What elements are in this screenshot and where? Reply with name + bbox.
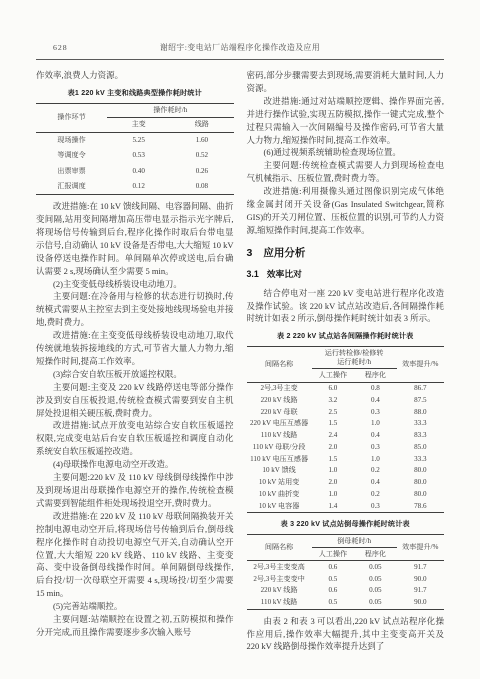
table-row: 10 kV 馈线 1.0 0.2 80.0 [247,465,445,477]
table-cell: 78.6 [397,500,444,512]
table-cell: 1.0 [312,489,354,501]
table-row: 220 kV 电压互感器 1.5 1.0 33.3 [247,418,445,430]
paragraph: (4)母联操作电源电动空开改造。 [36,458,234,471]
table-cell: 0.08 [170,179,233,195]
column-header: 线路 [170,118,233,132]
table-cell: 33.3 [397,453,444,465]
table-row: 220 kV 线路 3.2 0.4 87.5 [247,394,445,406]
table-cell: 110 kV 线路 [247,597,312,609]
table-cell: 0.6 [312,585,354,597]
table-cell: 0.3 [354,406,396,418]
table-cell: 0.4 [354,394,396,406]
table-cell: 2.5 [312,406,354,418]
table-cell: 80.0 [397,477,444,489]
paragraph: (6)通过视频系统辅助检查现场位置。 [247,146,445,159]
column-header: 间隔名称 [247,535,312,561]
table-cell: 等调度令 [36,148,107,163]
table-cell: 1.0 [354,418,396,430]
table-cell: 汇报调度 [36,179,107,195]
paragraph: 密码,部分步骤需要去到现场,需要消耗大量时间,人力资源。 [247,69,445,95]
column-header: 操作环节 [36,103,107,132]
group-header-line1: 运行转检修/检修转 [312,349,397,358]
table1-head: 操作环节 操作耗时/h 主变 线路 [36,103,234,132]
page-header: 628 谢绍宇:变电站厂站端程序化操作改造及应用 [36,42,444,54]
table-cell: 5.25 [107,132,170,148]
table-cell: 0.2 [354,489,396,501]
table-cell: 220 kV 线路 [247,585,312,597]
group-header-line2: 运行耗时/h [312,358,397,367]
table1-caption: 表1 220 kV 主变和线路典型操作耗时统计 [36,87,234,100]
table-cell: 90.0 [397,573,444,585]
table3-head: 间隔名称 倒母耗时/h 效率提升/% 人工操作 程序化 [247,535,445,561]
paragraph: 改进措施:在 10 kV 馈线间隔、电容器间隔、曲折变间隔,站用变间隔增加高压带… [36,200,234,277]
table-cell: 0.2 [354,465,396,477]
column-header: 主变 [107,118,170,132]
table-cell: 0.05 [354,585,396,597]
table-cell: 2.0 [312,477,354,489]
page-content: 作效率,浪费人力资源。 表1 220 kV 主变和线路典型操作耗时统计 操作环节… [36,69,444,653]
table-cell: 10 kV 站用变 [247,477,312,489]
table-cell: 85.0 [397,442,444,454]
subsection-title: 效率比对 [267,268,302,281]
table-cell: 0.52 [170,148,233,163]
table-cell: 1.0 [312,465,354,477]
table-cell: 1.5 [312,453,354,465]
table-cell: 110 kV 线路 [247,430,312,442]
table-cell: 1.0 [354,453,396,465]
table-cell: 10 kV 电容器 [247,500,312,512]
table-cell: 2号,3号主变变高 [247,561,312,573]
left-column: 作效率,浪费人力资源。 表1 220 kV 主变和线路典型操作耗时统计 操作环节… [36,69,234,653]
table-cell: 86.7 [397,382,444,394]
table-cell: 0.05 [354,597,396,609]
table-cell: 2号,3号主变变中 [247,573,312,585]
subsection-heading: 3.1 效率比对 [247,268,445,281]
table-row: 出票审票 0.40 0.26 [36,163,234,178]
column-header: 间隔名称 [247,347,312,382]
table-cell: 80.0 [397,465,444,477]
section-number: 3 [247,247,253,260]
column-header: 程序化 [354,548,396,561]
column-header: 程序化 [354,369,396,382]
table-row: 2号,3号主变 6.0 0.8 86.7 [247,382,445,394]
table-cell: 0.8 [354,382,396,394]
paragraph: 改进措施:利用摄像头通过图像识别完成气体绝缘金属封闭开关设备(Gas Insul… [247,185,445,237]
table-row: 2号,3号主变变高 0.6 0.05 91.7 [247,561,445,573]
column-header: 人工操作 [312,369,354,382]
table-cell: 0.6 [312,561,354,573]
paragraph: 主要问题:站端顺控在设置之初,五防模拟和操作分开完成,而且操作需要逐步多次输入账… [36,613,234,639]
paragraph: (2)主变变低母线桥装设电动地刀。 [36,278,234,291]
column-header: 效率提升/% [397,535,444,561]
table-cell: 10 kV 馈线 [247,465,312,477]
table-cell: 出票审票 [36,163,107,178]
table-row: 220 kV 线路 0.6 0.05 91.7 [247,585,445,597]
table-cell: 90.0 [397,597,444,609]
subsection-number: 3.1 [247,268,259,281]
table-cell: 2.0 [312,442,354,454]
table-cell: 110 kV 电压互感器 [247,453,312,465]
paragraph: 改进措施:通过对站端顺控逻辑、操作界面完善,并进行操作试验,实现五防模拟,操作一… [247,95,445,147]
table-cell: 0.53 [107,148,170,163]
table-cell: 0.05 [354,561,396,573]
table-cell: 88.0 [397,406,444,418]
table-cell: 220 kV 线路 [247,394,312,406]
table2-caption: 表 2 220 kV 试点站各间隔操作耗时统计表 [247,330,445,343]
column-group-header: 倒母耗时/h [312,535,397,548]
table-cell: 0.5 [312,573,354,585]
table-row: 110 kV 电压互感器 1.5 1.0 33.3 [247,453,445,465]
page-number: 628 [53,42,68,54]
table-cell: 1.60 [170,132,233,148]
paragraph: 主要问题:传统检查模式需要人力到现场检查电气机械指示、压板位置,费时费力等。 [247,159,445,185]
table-cell: 0.3 [354,500,396,512]
table-cell: 10 kV 曲折变 [247,489,312,501]
column-header: 人工操作 [312,548,354,561]
table-cell: 0.40 [107,163,170,178]
table-cell: 0.4 [354,477,396,489]
table-cell: 80.0 [397,489,444,501]
table-cell: 0.05 [354,573,396,585]
paragraph: 作效率,浪费人力资源。 [36,69,234,82]
table-cell: 0.12 [107,179,170,195]
column-group-header: 操作耗时/h [107,103,233,117]
table-row: 110 kV 母联/分段 2.0 0.3 85.0 [247,442,445,454]
table1: 操作环节 操作耗时/h 主变 线路 现场操作 5.25 1.60 [36,103,234,195]
running-title: 谢绍宇:变电站厂站端程序化操作改造及应用 [160,43,320,52]
table-cell: 1.4 [312,500,354,512]
paragraph: 改进措施:在 220 kV 及 110 kV 母联间隔换装开关控制电源电动空开后… [36,510,234,600]
table-cell: 91.7 [397,585,444,597]
table-cell: 6.0 [312,382,354,394]
paragraph: 主要问题:在冷备用与检修的状态进行切换时,传统模式需要从主控室去到主变处接地线现… [36,290,234,329]
header-rule [36,59,444,60]
paper-page: 628 谢绍宇:变电站厂站端程序化操作改造及应用 作效率,浪费人力资源。 表1 … [0,0,480,679]
table2-head: 间隔名称 运行转检修/检修转 运行耗时/h 效率提升/% 人工操作 程序化 [247,347,445,382]
paragraph: 改进措施:试点开放变电站综合安自软压板遥控权限,完成变电站后台安自软压板遥控和调… [36,419,234,458]
table-cell: 220 kV 电压互感器 [247,418,312,430]
table-cell: 0.5 [312,597,354,609]
section-title: 应用分析 [263,247,305,260]
table-cell: 83.3 [397,430,444,442]
table-row: 10 kV 电容器 1.4 0.3 78.6 [247,500,445,512]
table-cell: 220 kV 母联 [247,406,312,418]
table-cell: 110 kV 母联/分段 [247,442,312,454]
table-row: 110 kV 线路 2.4 0.4 83.3 [247,430,445,442]
paragraph: (3)综合安自软压板开放遥控权限。 [36,368,234,381]
table-row: 现场操作 5.25 1.60 [36,132,234,148]
paragraph: (5)完善站端顺控。 [36,600,234,613]
table-cell: 现场操作 [36,132,107,148]
table-row: 2号,3号主变变中 0.5 0.05 90.0 [247,573,445,585]
table-row: 220 kV 母联 2.5 0.3 88.0 [247,406,445,418]
right-column: 密码,部分步骤需要去到现场,需要消耗大量时间,人力资源。 改进措施:通过对站端顺… [247,69,445,653]
paragraph: 改进措施:在主变变低母线桥装设电动地刀,取代传统就地装拆接地线的方式,可节省大量… [36,329,234,368]
table-cell: 2.4 [312,430,354,442]
table-row: 110 kV 线路 0.5 0.05 90.0 [247,597,445,609]
paragraph: 主要问题:主变及 220 kV 线路停送电等部分操作涉及到安自压板投退,传统检查… [36,381,234,420]
table-cell: 87.5 [397,394,444,406]
paragraph: 由表 2 和表 3 可以看出,220 kV 试点站程序化操作应用后,操作效率大幅… [247,615,445,654]
table-cell: 3.2 [312,394,354,406]
table2: 间隔名称 运行转检修/检修转 运行耗时/h 效率提升/% 人工操作 程序化 [247,346,445,513]
table-cell: 0.3 [354,442,396,454]
table-row: 汇报调度 0.12 0.08 [36,179,234,195]
section-heading: 3 应用分析 [247,247,445,260]
table-cell: 1.5 [312,418,354,430]
table-cell: 2号,3号主变 [247,382,312,394]
column-group-header: 运行转检修/检修转 运行耗时/h [312,347,397,369]
table-cell: 33.3 [397,418,444,430]
table-row: 10 kV 站用变 2.0 0.4 80.0 [247,477,445,489]
table-cell: 91.7 [397,561,444,573]
paragraph: 主要问题:220 kV 及 110 kV 母线倒母线操作中涉及到现场退出母联操作… [36,471,234,510]
table3: 间隔名称 倒母耗时/h 效率提升/% 人工操作 程序化 2号,3号主变变高 0.… [247,534,445,610]
column-header: 效率提升/% [397,347,444,382]
table3-caption: 表 3 220 kV 试点站倒母操作耗时统计表 [247,518,445,531]
table-cell: 0.26 [170,163,233,178]
table-row: 10 kV 曲折变 1.0 0.2 80.0 [247,489,445,501]
paragraph: 结合停电对一座 220 kV 变电站进行程序化改造及操作试验。该 220 kV … [247,287,445,326]
table-cell: 0.4 [354,430,396,442]
table-row: 等调度令 0.53 0.52 [36,148,234,163]
